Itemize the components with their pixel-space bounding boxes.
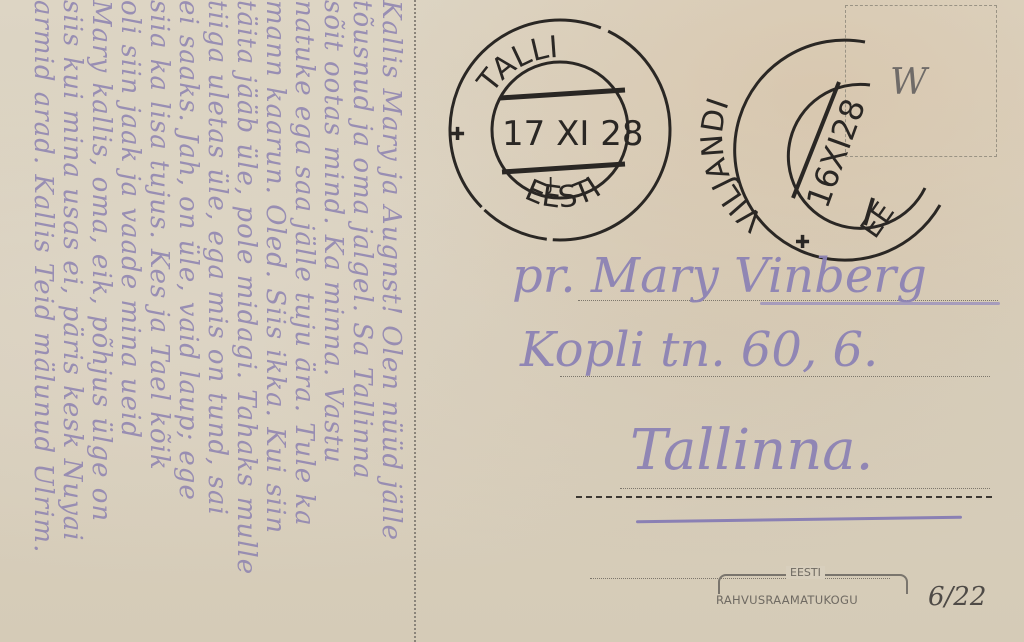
viljandi-city-text: VILJANDI xyxy=(695,94,770,238)
address-line-3 xyxy=(620,488,990,489)
postcard-scan: Kallis Mary ja Augnst! Olen nüüd jälletõ… xyxy=(0,0,1024,642)
message-line: oli siin jaak ja vaade mina ueid xyxy=(115,0,144,642)
tallinn-postmark: TALLI 17 XI 28 J EESTI ✚ xyxy=(440,12,680,257)
message-line: natuke ega saa jälle tuju ära. Tule ka xyxy=(289,0,318,642)
message-line: armid arad. Kallis Teid mälunud Ulrim. xyxy=(28,0,57,642)
library-stamp-bottom: RAHVUSRAAMATUKOGU xyxy=(716,593,858,607)
message-lines: Kallis Mary ja Augnst! Olen nüüd jälletõ… xyxy=(0,0,405,642)
viljandi-country-text: EE xyxy=(854,196,901,244)
svg-text:✚: ✚ xyxy=(450,124,465,145)
message-line: Kallis Mary ja Augnst! Olen nüüd jälle xyxy=(376,0,405,642)
shelfmark: 6/22 xyxy=(928,582,986,612)
handwritten-message: Kallis Mary ja Augnst! Olen nüüd jälletõ… xyxy=(0,0,420,642)
library-stamp: EESTI RAHVUSRAAMATUKOGU xyxy=(714,566,914,616)
message-line: tõusnud ja oma jalgel. Sa Tallinna xyxy=(347,0,376,642)
recipient-underline xyxy=(760,302,1000,305)
center-divider-line xyxy=(414,0,416,642)
message-line: siia ka lisa tujus. Kes ja Tael kõik xyxy=(144,0,173,642)
library-stamp-top: EESTI xyxy=(786,566,825,579)
message-line: sõit ootas mind. Ka minna. Vastu xyxy=(318,0,347,642)
address-city: Tallinna. xyxy=(630,418,873,483)
message-line: tiiga uletas üle, ega mis on tund, sai xyxy=(202,0,231,642)
message-line: ei saaks. Jah, on üle, vaid laup; ege xyxy=(173,0,202,642)
message-line: mann kaarun. Oled. Siis ikka. Kui siin xyxy=(260,0,289,642)
address-recipient: pr. Mary Vinberg xyxy=(512,248,927,304)
message-line: Mary kallis, oma, eik, põhjus ülge on xyxy=(86,0,115,642)
address-line-4 xyxy=(576,496,992,498)
tallinn-date-text: 17 XI 28 xyxy=(502,114,643,154)
viljandi-postmark: VILJANDI 16XI28 EE ✚ xyxy=(715,30,955,275)
message-line: siis kui mina usas ei, päris kesk Nuyai xyxy=(57,0,86,642)
city-underline xyxy=(636,516,962,524)
tallinn-country-text: EESTI xyxy=(520,171,607,216)
tallinn-city-text: TALLI xyxy=(470,30,559,100)
message-line: täita jääb üle, pole midagi. Tahaks mull… xyxy=(231,0,260,642)
address-street: Kopli tn. 60, 6. xyxy=(520,322,878,378)
